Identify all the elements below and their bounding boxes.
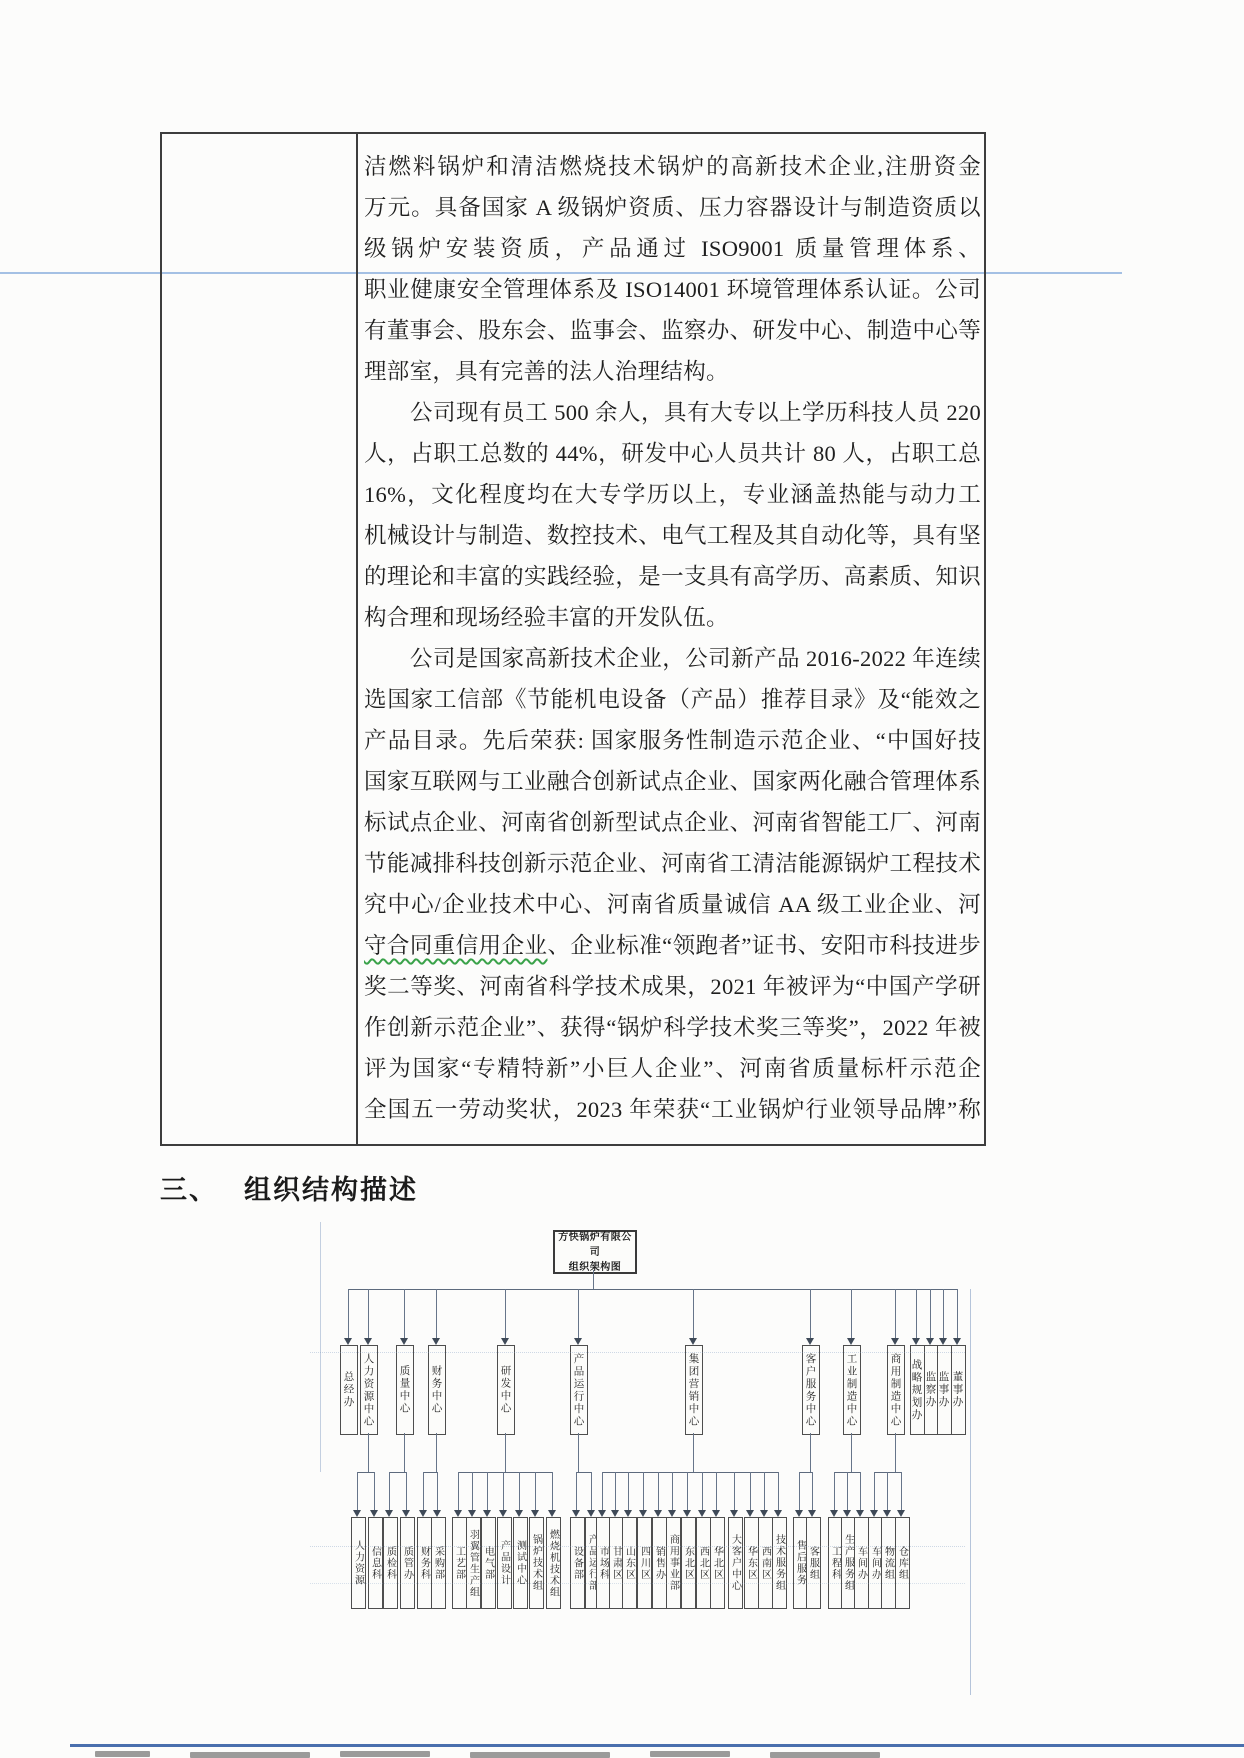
org-level2-arrowhead xyxy=(939,1338,947,1345)
org-level3-box: 财务科 xyxy=(417,1517,432,1609)
org-group-stem xyxy=(851,1433,852,1473)
org-level2-label: 商用制造中心 xyxy=(889,1353,904,1428)
org-level3-connector xyxy=(643,1472,644,1511)
org-level3-label: 电气部 xyxy=(481,1546,496,1581)
org-level3-arrowhead xyxy=(746,1510,754,1517)
cutoff-text-fragment xyxy=(470,1752,610,1758)
cutoff-text-fragment xyxy=(340,1751,430,1757)
org-level3-connector xyxy=(615,1472,616,1511)
org-level2-label: 工业制造中心 xyxy=(845,1353,860,1428)
org-level2-connector xyxy=(368,1289,369,1339)
org-level3-arrowhead xyxy=(668,1510,676,1517)
org-chart: 方快锅炉有限公司 组织架构图 总经办人力资源中心人力资源信息科质量中心质检科质管… xyxy=(0,0,1244,1758)
org-level2-box: 董事办 xyxy=(951,1345,966,1435)
org-level3-connector xyxy=(576,1472,577,1511)
org-level3-arrowhead xyxy=(795,1510,803,1517)
org-level3-box: 西北区 xyxy=(696,1517,711,1609)
org-level2-box: 总经办 xyxy=(340,1345,358,1435)
org-level2-arrowhead xyxy=(501,1338,509,1345)
org-level3-box: 西南区 xyxy=(758,1517,773,1609)
org-level3-box: 技术服务组 xyxy=(772,1517,787,1609)
org-level3-connector xyxy=(552,1472,553,1511)
org-level3-arrowhead xyxy=(385,1510,393,1517)
org-level2-label: 研发中心 xyxy=(499,1365,514,1415)
org-level3-connector xyxy=(628,1472,629,1511)
org-level2-box: 客户服务中心 xyxy=(802,1345,820,1435)
org-level2-connector xyxy=(957,1289,958,1339)
org-level3-connector xyxy=(458,1472,459,1511)
org-level3-arrowhead xyxy=(454,1510,462,1517)
org-level3-connector xyxy=(503,1472,504,1511)
org-level3-box: 人力资源 xyxy=(351,1517,366,1609)
org-level3-connector xyxy=(778,1472,779,1511)
org-level3-label: 华北区 xyxy=(710,1546,725,1581)
org-level3-connector xyxy=(860,1472,861,1511)
org-level3-arrowhead xyxy=(587,1510,595,1517)
org-level3-connector xyxy=(591,1472,592,1511)
org-level3-label: 东北区 xyxy=(681,1546,696,1581)
org-level3-arrowhead xyxy=(843,1510,851,1517)
org-level3-connector xyxy=(672,1472,673,1511)
org-group-stem xyxy=(505,1433,506,1473)
org-level3-arrowhead xyxy=(870,1510,878,1517)
org-level3-connector xyxy=(357,1472,358,1511)
org-level3-box: 采购部 xyxy=(431,1517,446,1609)
org-level3-box: 客服组 xyxy=(806,1517,821,1609)
org-level3-label: 客服组 xyxy=(806,1546,821,1581)
org-level3-label: 质管办 xyxy=(400,1546,415,1581)
org-level2-arrowhead xyxy=(953,1338,961,1345)
org-level3-label: 工艺部 xyxy=(452,1546,467,1581)
org-level3-box: 设备部 xyxy=(570,1517,585,1609)
org-level3-box: 仓库组 xyxy=(895,1517,910,1609)
org-level3-connector xyxy=(812,1472,813,1511)
org-level2-arrowhead xyxy=(847,1338,855,1345)
org-level2-box: 工业制造中心 xyxy=(843,1345,861,1435)
org-level2-connector xyxy=(851,1289,852,1339)
org-level3-connector xyxy=(423,1472,424,1511)
org-level2-box: 监事办 xyxy=(937,1345,952,1435)
org-level2-label: 财务中心 xyxy=(430,1365,445,1415)
org-level3-label: 财务科 xyxy=(417,1546,432,1581)
org-level2-connector xyxy=(810,1289,811,1339)
org-level3-label: 采购部 xyxy=(431,1546,446,1581)
org-level3-arrowhead xyxy=(712,1510,720,1517)
org-level3-connector xyxy=(687,1472,688,1511)
org-level3-connector xyxy=(799,1472,800,1511)
org-level3-connector xyxy=(716,1472,717,1511)
org-level3-box: 车间办 xyxy=(854,1517,869,1609)
org-level3-label: 山东区 xyxy=(622,1546,637,1581)
org-chart-root-box: 方快锅炉有限公司 组织架构图 xyxy=(553,1230,637,1274)
org-level3-arrowhead xyxy=(830,1510,838,1517)
org-level3-connector xyxy=(764,1472,765,1511)
org-level3-box: 大客户中心 xyxy=(728,1517,743,1609)
org-chart-root-line2: 组织架构图 xyxy=(569,1260,622,1275)
org-level3-arrowhead xyxy=(433,1510,441,1517)
org-level2-connector xyxy=(348,1289,349,1339)
org-level3-connector xyxy=(874,1472,875,1511)
org-level3-connector xyxy=(602,1472,603,1511)
org-level3-arrowhead xyxy=(808,1510,816,1517)
org-level3-connector xyxy=(519,1472,520,1511)
org-level2-box: 战略规划办 xyxy=(910,1345,925,1435)
org-level3-connector xyxy=(847,1472,848,1511)
org-level2-box: 集团营销中心 xyxy=(685,1345,703,1435)
org-level3-label: 仓库组 xyxy=(895,1546,910,1581)
org-level2-label: 产品运行中心 xyxy=(572,1353,587,1428)
org-level3-box: 燃烧机技术组 xyxy=(546,1517,561,1609)
org-level3-box: 测试中心 xyxy=(513,1517,528,1609)
org-level3-arrowhead xyxy=(483,1510,491,1517)
org-level3-box: 华北区 xyxy=(710,1517,725,1609)
org-level3-label: 销售办 xyxy=(652,1546,667,1581)
org-level3-label: 人力资源 xyxy=(351,1540,366,1586)
org-level2-box: 产品运行中心 xyxy=(570,1345,588,1435)
org-level2-arrowhead xyxy=(912,1338,920,1345)
org-group-stem xyxy=(404,1433,405,1473)
org-level3-arrowhead xyxy=(572,1510,580,1517)
org-level3-label: 西南区 xyxy=(758,1546,773,1581)
cutoff-text-fragment xyxy=(650,1751,730,1757)
org-level3-arrowhead xyxy=(730,1510,738,1517)
org-level2-arrowhead xyxy=(400,1338,408,1345)
org-group-bus xyxy=(357,1472,374,1473)
org-group-stem xyxy=(810,1433,811,1473)
org-level3-label: 测试中心 xyxy=(513,1540,528,1586)
org-level3-box: 信息科 xyxy=(368,1517,383,1609)
org-level2-arrowhead xyxy=(432,1338,440,1345)
org-level3-label: 质检科 xyxy=(383,1546,398,1581)
org-level2-connector xyxy=(916,1289,917,1339)
org-level3-connector xyxy=(750,1472,751,1511)
cutoff-text-fragment xyxy=(770,1752,880,1758)
org-level3-connector xyxy=(901,1472,902,1511)
org-level3-arrowhead xyxy=(468,1510,476,1517)
scanned-document-page: 洁燃料锅炉和清洁燃烧技术锅炉的高新技术企业,注册资金 10760万元。具备国家 … xyxy=(0,0,1244,1758)
org-group-bus xyxy=(423,1472,437,1473)
org-level2-connector xyxy=(930,1289,931,1339)
org-level3-connector xyxy=(472,1472,473,1511)
org-level2-connector xyxy=(895,1289,896,1339)
org-level2-box: 研发中心 xyxy=(497,1345,515,1435)
org-level3-arrowhead xyxy=(639,1510,647,1517)
org-main-bus xyxy=(348,1289,957,1290)
org-level2-box: 商用制造中心 xyxy=(887,1345,905,1435)
org-level2-connector xyxy=(943,1289,944,1339)
org-level3-label: 四川区 xyxy=(637,1546,652,1581)
cutoff-text-fragment xyxy=(95,1751,150,1757)
org-level2-box: 人力资源中心 xyxy=(360,1345,378,1435)
org-level3-arrowhead xyxy=(683,1510,691,1517)
org-level3-arrowhead xyxy=(897,1510,905,1517)
org-level3-label: 设备部 xyxy=(570,1546,585,1581)
org-level2-box: 质量中心 xyxy=(396,1345,414,1435)
org-level2-label: 战略规划办 xyxy=(910,1359,925,1422)
org-level3-box: 电气部 xyxy=(481,1517,496,1609)
org-level3-label: 锅炉技术组 xyxy=(529,1534,544,1592)
org-level3-arrowhead xyxy=(883,1510,891,1517)
org-level3-connector xyxy=(834,1472,835,1511)
org-level2-label: 监事办 xyxy=(937,1371,952,1409)
org-level3-label: 大客户中心 xyxy=(728,1534,743,1592)
org-level3-connector xyxy=(487,1472,488,1511)
org-level2-connector xyxy=(505,1289,506,1339)
cutoff-text-fragment xyxy=(190,1752,310,1758)
org-level3-arrowhead xyxy=(515,1510,523,1517)
org-root-stem xyxy=(593,1270,594,1290)
org-level2-label: 集团营销中心 xyxy=(687,1353,702,1428)
org-level3-arrowhead xyxy=(370,1510,378,1517)
org-level3-label: 商用事业部 xyxy=(666,1534,681,1592)
org-level3-box: 东北区 xyxy=(681,1517,696,1609)
org-level3-arrowhead xyxy=(548,1510,556,1517)
org-level2-arrowhead xyxy=(364,1338,372,1345)
org-level2-connector xyxy=(436,1289,437,1339)
org-level3-label: 车间办 xyxy=(854,1546,869,1581)
org-level3-connector xyxy=(702,1472,703,1511)
org-level3-box: 羽翼管生产组 xyxy=(466,1517,481,1609)
org-level3-connector xyxy=(406,1472,407,1511)
org-level3-box: 山东区 xyxy=(622,1517,637,1609)
org-group-bus xyxy=(389,1472,406,1473)
org-level3-arrowhead xyxy=(698,1510,706,1517)
org-level3-box: 销售办 xyxy=(652,1517,667,1609)
org-level3-connector xyxy=(535,1472,536,1511)
org-level2-arrowhead xyxy=(689,1338,697,1345)
org-level3-box: 四川区 xyxy=(637,1517,652,1609)
org-level3-arrowhead xyxy=(419,1510,427,1517)
org-level3-box: 锅炉技术组 xyxy=(529,1517,544,1609)
org-level2-arrowhead xyxy=(891,1338,899,1345)
org-level2-arrowhead xyxy=(926,1338,934,1345)
org-level3-arrowhead xyxy=(598,1510,606,1517)
org-level3-arrowhead xyxy=(531,1510,539,1517)
org-level3-connector xyxy=(734,1472,735,1511)
org-group-stem xyxy=(693,1433,694,1473)
org-level3-arrowhead xyxy=(856,1510,864,1517)
org-group-stem xyxy=(436,1433,437,1473)
org-level2-label: 客户服务中心 xyxy=(804,1353,819,1428)
org-level3-box: 产品设计 xyxy=(497,1517,512,1609)
org-level3-label: 燃烧机技术组 xyxy=(546,1529,561,1598)
org-level3-box: 质检科 xyxy=(383,1517,398,1609)
org-chart-root-line1: 方快锅炉有限公司 xyxy=(555,1230,635,1260)
org-level3-arrowhead xyxy=(402,1510,410,1517)
org-level3-connector xyxy=(374,1472,375,1511)
org-level3-box: 工艺部 xyxy=(452,1517,467,1609)
org-level2-connector xyxy=(404,1289,405,1339)
org-level2-box: 财务中心 xyxy=(428,1345,446,1435)
org-level2-connector xyxy=(693,1289,694,1339)
org-level3-arrowhead xyxy=(760,1510,768,1517)
org-level3-connector xyxy=(658,1472,659,1511)
org-level2-arrowhead xyxy=(806,1338,814,1345)
org-level3-arrowhead xyxy=(499,1510,507,1517)
org-level3-label: 华东区 xyxy=(744,1546,759,1581)
org-level3-label: 技术服务组 xyxy=(772,1534,787,1592)
org-level3-arrowhead xyxy=(624,1510,632,1517)
org-level3-arrowhead xyxy=(654,1510,662,1517)
org-level3-connector xyxy=(437,1472,438,1511)
org-group-stem xyxy=(578,1433,579,1473)
org-level2-label: 总经办 xyxy=(342,1371,357,1409)
org-level3-arrowhead xyxy=(774,1510,782,1517)
org-level3-box: 商用事业部 xyxy=(666,1517,681,1609)
org-level2-arrowhead xyxy=(344,1338,352,1345)
org-level2-label: 董事办 xyxy=(951,1371,966,1409)
org-level3-box: 物流组 xyxy=(881,1517,896,1609)
org-group-bus xyxy=(799,1472,812,1473)
org-level3-label: 羽翼管生产组 xyxy=(466,1529,481,1598)
org-level3-label: 产品设计 xyxy=(497,1540,512,1586)
org-level3-box: 华东区 xyxy=(744,1517,759,1609)
org-level3-label: 物流组 xyxy=(881,1546,896,1581)
org-level3-arrowhead xyxy=(353,1510,361,1517)
org-level3-connector xyxy=(887,1472,888,1511)
org-level2-label: 人力资源中心 xyxy=(362,1353,377,1428)
org-level3-label: 西北区 xyxy=(696,1546,711,1581)
org-group-stem xyxy=(368,1433,369,1473)
org-level2-arrowhead xyxy=(574,1338,582,1345)
org-level2-label: 质量中心 xyxy=(398,1365,413,1415)
org-group-bus xyxy=(576,1472,591,1473)
org-level3-arrowhead xyxy=(611,1510,619,1517)
org-level3-box: 质管办 xyxy=(400,1517,415,1609)
org-level2-connector xyxy=(578,1289,579,1339)
org-level3-connector xyxy=(389,1472,390,1511)
org-group-stem xyxy=(895,1433,896,1473)
org-level3-label: 信息科 xyxy=(368,1546,383,1581)
